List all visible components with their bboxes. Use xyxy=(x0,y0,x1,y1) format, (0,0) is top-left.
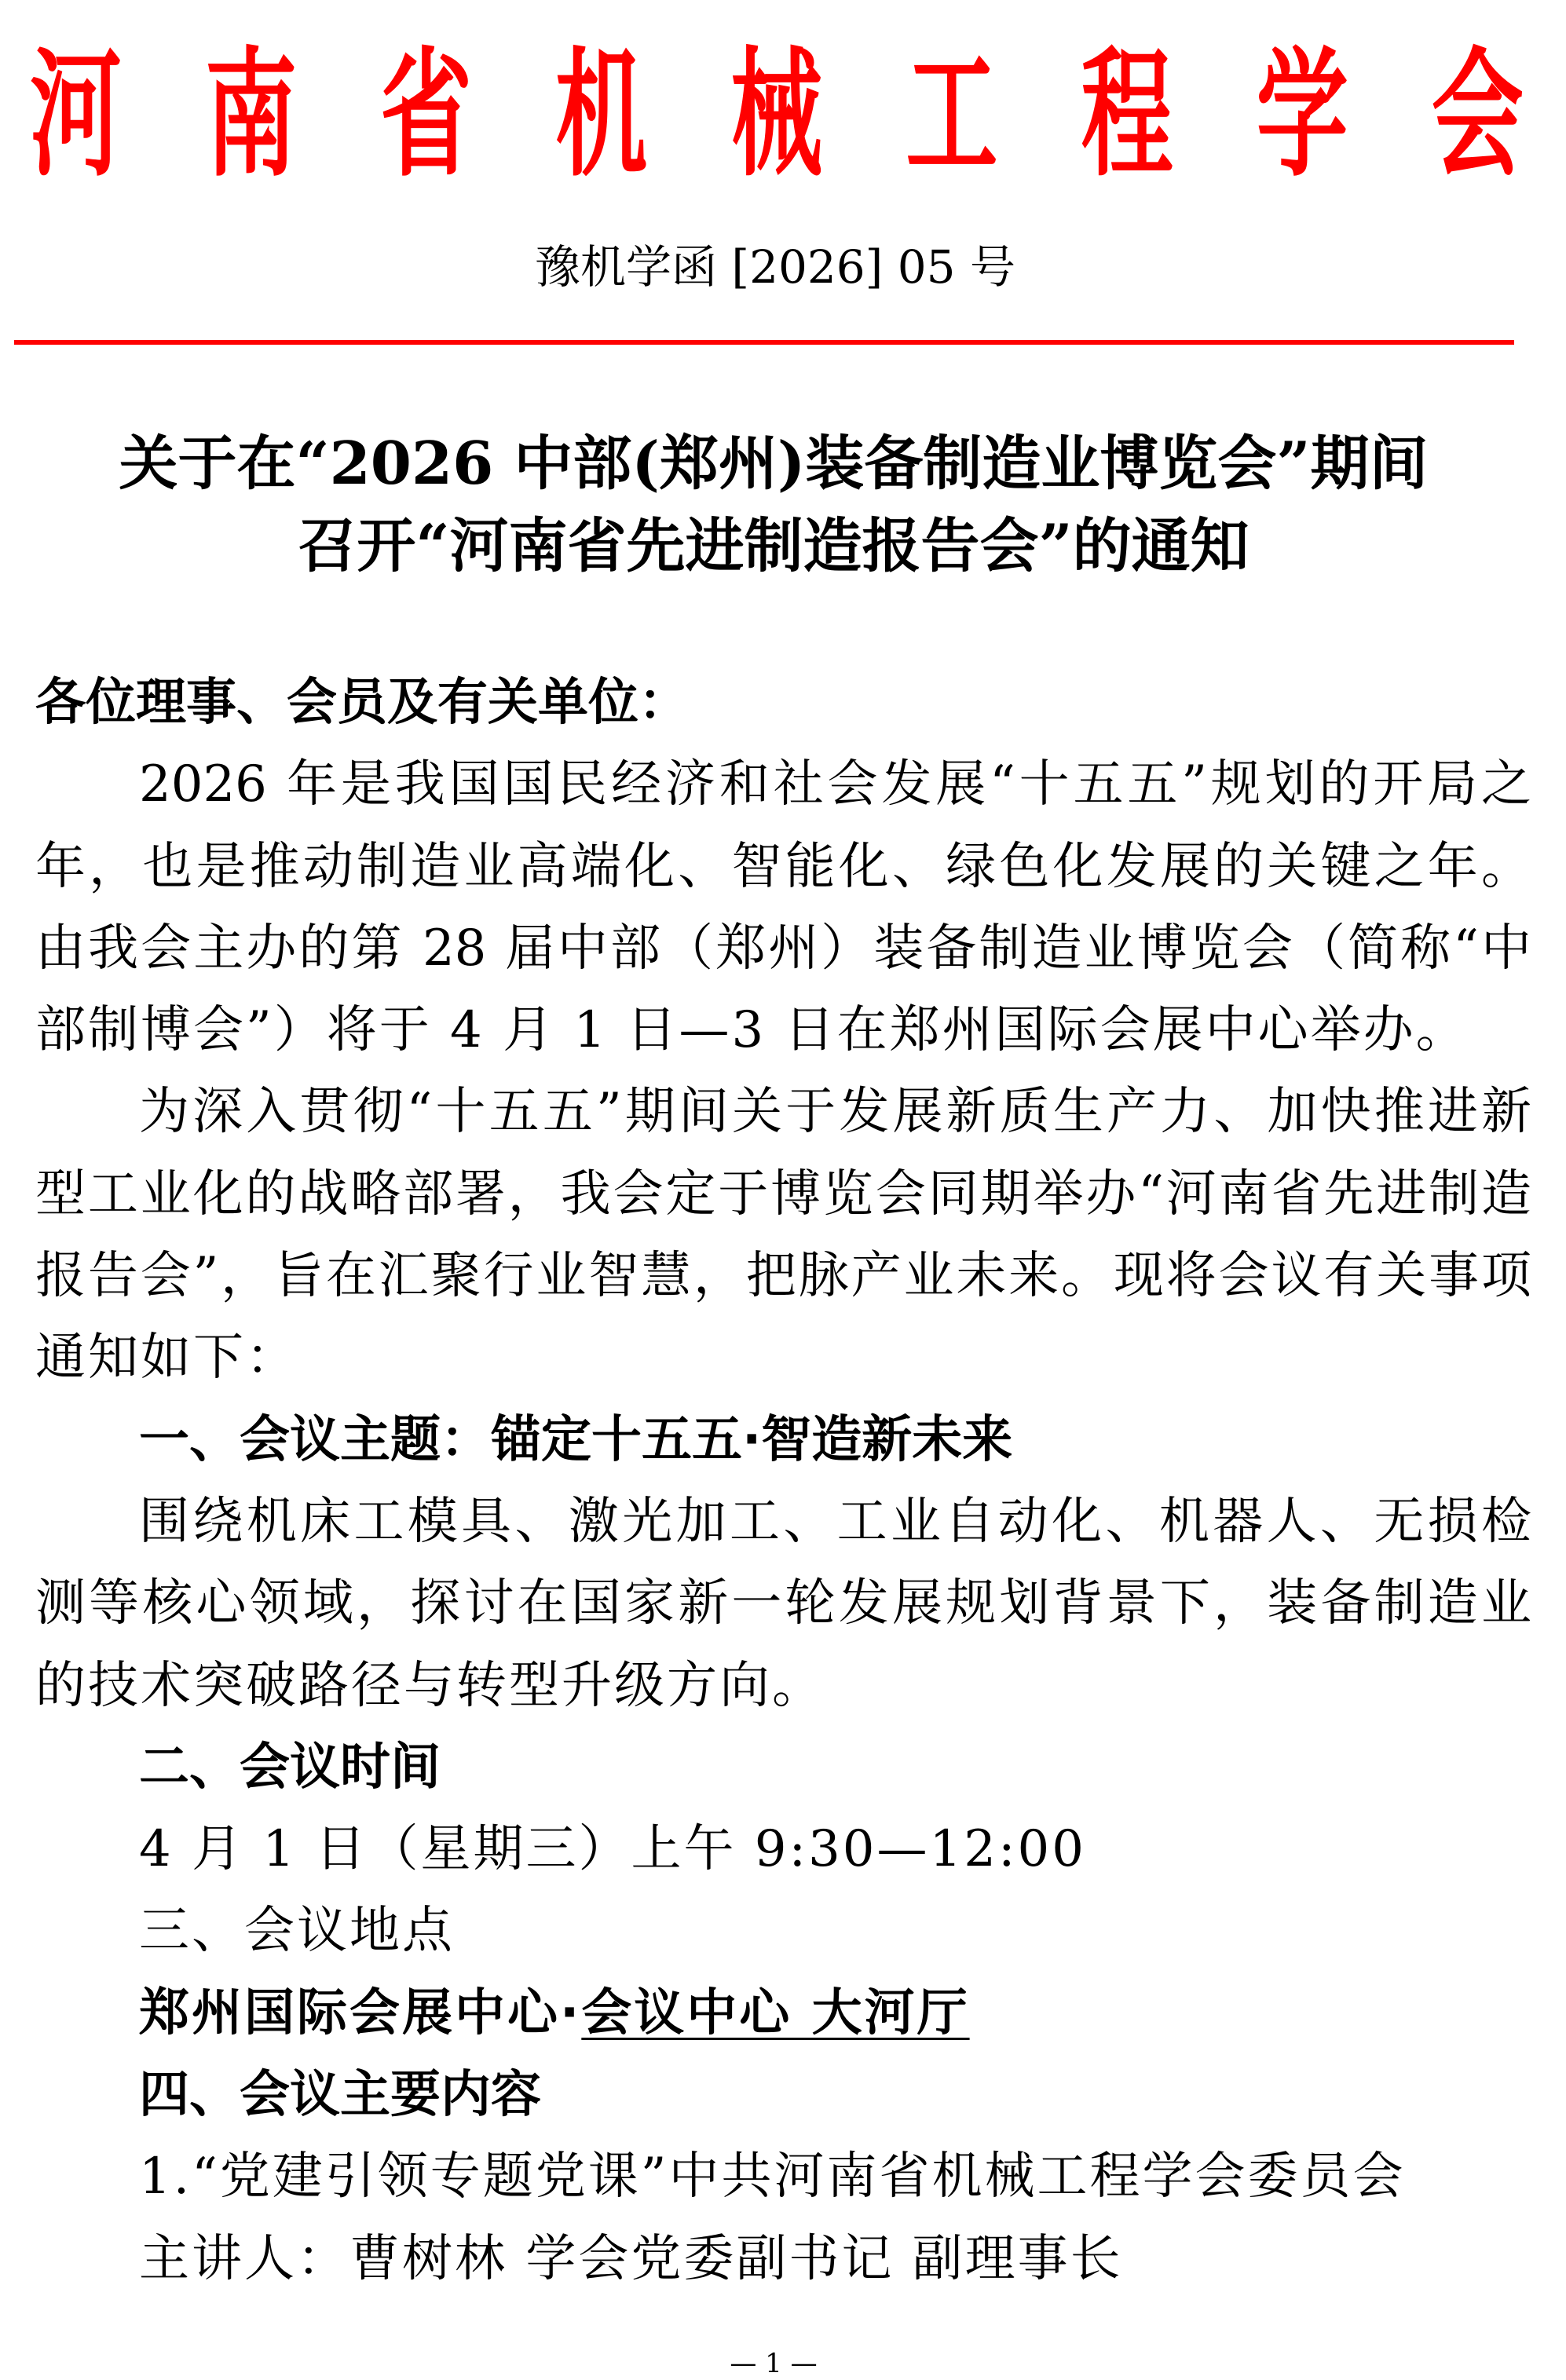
section-meeting-venue: 三、会议地点 郑州国际会展中心·会议中心 大河厅 xyxy=(35,1890,1531,2054)
agenda-item-speaker: 主讲人：曹树林 学会党委副书记 副理事长 xyxy=(35,2218,1531,2300)
section-heading: 一、会议主题：锚定十五五·智造新未来 xyxy=(35,1399,1531,1481)
intro-paragraph-2: 为深入贯彻“十五五”期间关于发展新质生产力、加快推进新 型工业化的战略部署，我会… xyxy=(35,1071,1531,1398)
meeting-time-value: 4 月 1 日（星期三）上午 9:30—12:00 xyxy=(35,1808,1531,1890)
section-meeting-time: 二、会议时间 4 月 1 日（星期三）上午 9:30—12:00 xyxy=(35,1727,1531,1891)
page-number: — 1 — xyxy=(0,2348,1547,2379)
paragraph-line: 围绕机床工模具、激光加工、工业自动化、机器人、无损检 xyxy=(35,1481,1531,1563)
section-meeting-theme: 一、会议主题：锚定十五五·智造新未来 围绕机床工模具、激光加工、工业自动化、机器… xyxy=(35,1399,1531,1727)
paragraph-line: 报告会”，旨在汇聚行业智慧，把脉产业未来。现将会议有关事项 xyxy=(35,1235,1531,1317)
venue-prefix: 郑州国际会展中心· xyxy=(139,1984,581,2042)
paragraph-line: 年，也是推动制造业高端化、智能化、绿色化发展的关键之年。 xyxy=(35,826,1531,908)
venue-line: 郑州国际会展中心·会议中心 大河厅 xyxy=(35,1972,1531,2054)
paragraph-line: 型工业化的战略部署，我会定于博览会同期举办“河南省先进制造 xyxy=(35,1153,1531,1235)
paragraph-line: 由我会主办的第 28 届中部（郑州）装备制造业博览会（简称“中 xyxy=(35,908,1531,989)
section-heading: 二、会议时间 xyxy=(35,1727,1531,1808)
paragraph-line: 的技术突破路径与转型升级方向。 xyxy=(35,1645,1531,1727)
salutation: 各位理事、会员及有关单位： xyxy=(35,662,1531,744)
notice-title-line-1: 关于在“2026 中部(郑州)装备制造业博览会”期间 xyxy=(0,424,1547,503)
masthead-title: 河南省机械工程学会 xyxy=(30,46,1566,184)
document-page: 河南省机械工程学会 豫机学函 [2026] 05 号 关于在“2026 中部(郑… xyxy=(0,0,1566,2380)
paragraph-line: 部制博会”）将于 4 月 1 日—3 日在郑州国际会展中心举办。 xyxy=(35,989,1531,1071)
paragraph-line: 测等核心领域，探讨在国家新一轮发展规划背景下，装备制造业 xyxy=(35,1563,1531,1644)
notice-body: 各位理事、会员及有关单位： 2026 年是我国国民经济和社会发展“十五五”规划的… xyxy=(35,662,1531,2300)
agenda-item-title: 1.“党建引领专题党课”中共河南省机械工程学会委员会 xyxy=(35,2136,1531,2217)
red-divider-line xyxy=(14,340,1514,345)
document-number: 豫机学函 [2026] 05 号 xyxy=(0,239,1550,294)
paragraph-line: 2026 年是我国国民经济和社会发展“十五五”规划的开局之 xyxy=(35,744,1531,825)
paragraph-line: 为深入贯彻“十五五”期间关于发展新质生产力、加快推进新 xyxy=(35,1071,1531,1153)
section-heading: 三、会议地点 xyxy=(35,1890,1531,1972)
venue-hall-underlined: 会议中心 大河厅 xyxy=(581,1984,969,2042)
section-heading: 四、会议主要内容 xyxy=(35,2054,1531,2136)
paragraph-line: 通知如下： xyxy=(35,1317,1531,1398)
section-meeting-content: 四、会议主要内容 1.“党建引领专题党课”中共河南省机械工程学会委员会 主讲人：… xyxy=(35,2054,1531,2300)
intro-paragraph-1: 2026 年是我国国民经济和社会发展“十五五”规划的开局之 年，也是推动制造业高… xyxy=(35,744,1531,1071)
notice-title-line-2: 召开“河南省先进制造报告会”的通知 xyxy=(0,506,1547,585)
